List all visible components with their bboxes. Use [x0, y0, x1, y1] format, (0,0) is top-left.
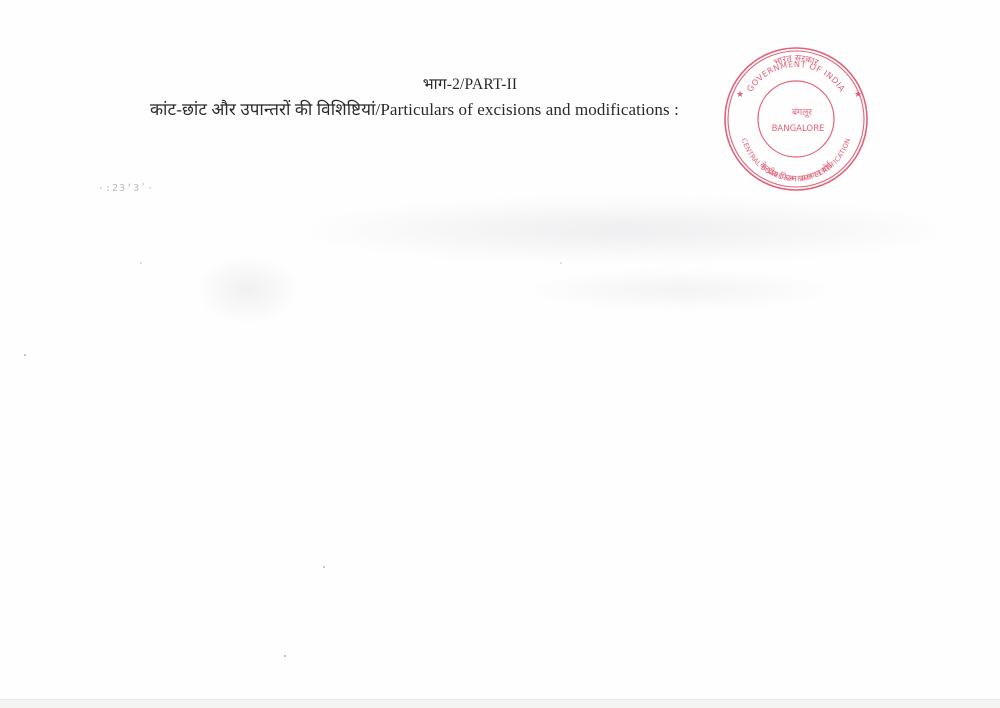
stamp-center-english: BANGALORE	[772, 124, 825, 134]
stamp-center-hindi: बंगलूर	[792, 107, 812, 118]
document-page: भाग-2/PART-II कांट-छांट और उपान्तरों की …	[0, 0, 1000, 708]
stamp-ring-top: GOVERNMENT OF INDIA	[745, 59, 848, 94]
page-bottom-edge	[0, 699, 1000, 708]
scan-speckle	[560, 262, 562, 264]
section-subheading: कांट-छांट और उपान्तरों की विशिष्टियां/Pa…	[150, 97, 679, 120]
scan-speckle	[24, 354, 26, 356]
faint-bleed-text: ·:23ʼ3ʹ·	[98, 183, 154, 194]
redacted-blur-region	[520, 270, 840, 310]
faint-bleed-mark	[195, 255, 300, 325]
scan-speckle	[284, 655, 286, 657]
redacted-blur-region	[310, 200, 940, 260]
cbfc-seal-stamp: भारत सरकार GOVERNMENT OF INDIA CENTRAL B…	[722, 45, 870, 193]
scan-speckle	[323, 566, 325, 568]
scan-speckle	[140, 262, 142, 264]
star-icon: ★	[854, 90, 862, 100]
star-icon: ★	[736, 90, 744, 100]
